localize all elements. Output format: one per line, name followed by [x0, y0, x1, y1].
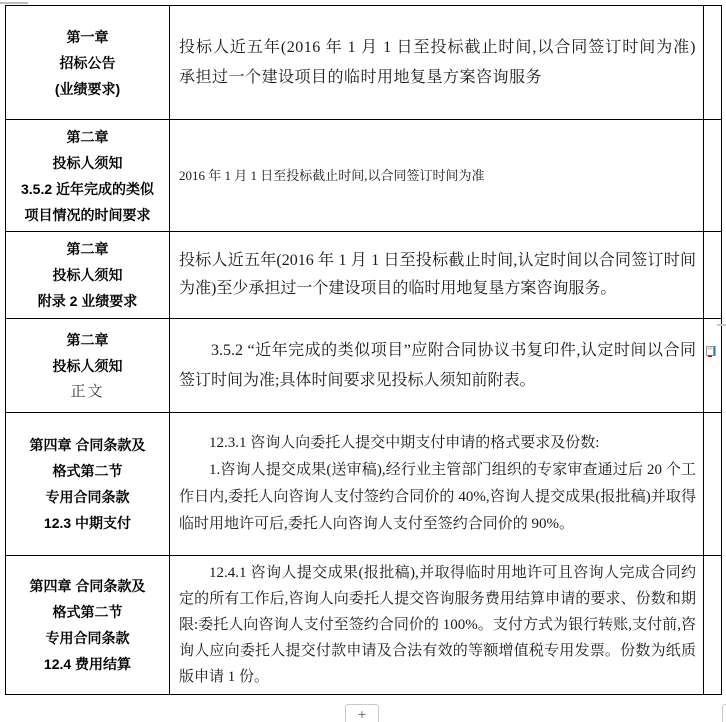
content-cell[interactable]: 3.5.2 “近年完成的类似项目”应附合同协议书复印件,认定时间以合同签订时间为… [170, 319, 704, 413]
content-paragraph: 投标人近五年(2016 年 1 月 1 日至投标截止时间,认定时间以合同签订时间… [179, 247, 696, 303]
edge-cell [704, 232, 721, 319]
section-line: 附录 2 业绩要求 [38, 288, 138, 314]
section-cell[interactable]: 第二章投标人须知附录 2 业绩要求 [6, 232, 170, 319]
section-line: 格式第二节 [53, 599, 123, 625]
section-line: 第一章 [67, 24, 109, 50]
section-line: 第四章 合同条款及 [30, 573, 146, 599]
section-line: 格式第二节 [53, 458, 123, 484]
content-paragraph: 1.咨询人提交成果(送审稿),经行业主管部门组织的专家审查通过后 20 个工作日… [179, 457, 696, 538]
section-line: 项目情况的时间要求 [25, 202, 151, 228]
insert-row-button[interactable]: + [345, 704, 379, 722]
corner-button-fragment[interactable] [722, 704, 726, 722]
edge-cell [704, 413, 721, 556]
edge-cell [704, 319, 721, 413]
section-line: 第二章 [67, 236, 109, 262]
content-paragraph: 3.5.2 “近年完成的类似项目”应附合同协议书复印件,认定时间以合同签订时间为… [179, 336, 696, 396]
content-cell[interactable]: 投标人近五年(2016 年 1 月 1 日至投标截止时间,认定时间以合同签订时间… [170, 232, 704, 319]
section-line: 12.4 费用结算 [44, 651, 131, 677]
content-cell[interactable]: 12.3.1 咨询人向委托人提交中期支付申请的格式要求及份数:1.咨询人提交成果… [170, 413, 704, 556]
content-paragraph: 12.3.1 咨询人向委托人提交中期支付申请的格式要求及份数: [179, 430, 696, 457]
section-cell[interactable]: 第二章投标人须知正文 [6, 319, 170, 413]
section-cell[interactable]: 第一章招标公告(业绩要求) [6, 6, 170, 120]
page-top-edge-line [0, 2, 28, 4]
section-cell[interactable]: 第四章 合同条款及格式第二节专用合同条款12.4 费用结算 [6, 556, 170, 694]
document-page: 第一章招标公告(业绩要求)投标人近五年(2016 年 1 月 1 日至投标截止时… [0, 0, 726, 722]
content-paragraph: 12.4.1 咨询人提交成果(报批稿),并取得临时用地许可且咨询人完成合同约定的… [179, 560, 696, 690]
edge-cell [704, 120, 721, 232]
section-line: 专用合同条款 [46, 484, 130, 510]
content-paragraph: 投标人近五年(2016 年 1 月 1 日至投标截止时间,以合同签订时间为准)承… [179, 33, 696, 93]
section-line: 正文 [70, 379, 104, 405]
section-cell[interactable]: 第四章 合同条款及格式第二节专用合同条款12.3 中期支付 [6, 413, 170, 556]
comparison-table: 第一章招标公告(业绩要求)投标人近五年(2016 年 1 月 1 日至投标截止时… [5, 5, 722, 695]
edge-cell [704, 556, 721, 694]
section-line: 投标人须知 [53, 353, 123, 379]
section-line: 招标公告 [60, 50, 116, 76]
section-line: 第二章 [67, 124, 109, 150]
content-paragraph: 2016 年 1 月 1 日至投标截止时间,以合同签订时间为准 [179, 167, 696, 185]
section-line: 第四章 合同条款及 [30, 432, 146, 458]
section-line: 第二章 [67, 327, 109, 353]
section-cell[interactable]: 第二章投标人须知3.5.2 近年完成的类似项目情况的时间要求 [6, 120, 170, 232]
content-cell[interactable]: 12.4.1 咨询人提交成果(报批稿),并取得临时用地许可且咨询人完成合同约定的… [170, 556, 704, 694]
content-cell[interactable]: 投标人近五年(2016 年 1 月 1 日至投标截止时间,以合同签订时间为准)承… [170, 6, 704, 120]
section-line: 12.3 中期支付 [44, 510, 131, 536]
section-line: 专用合同条款 [46, 625, 130, 651]
section-line: 投标人须知 [53, 262, 123, 288]
section-line: (业绩要求) [55, 76, 120, 102]
edge-cell [704, 6, 721, 120]
edge-marker-dash [717, 324, 726, 326]
section-line: 投标人须知 [53, 150, 123, 176]
embedded-object-icon[interactable] [706, 343, 716, 358]
content-cell[interactable]: 2016 年 1 月 1 日至投标截止时间,以合同签订时间为准 [170, 120, 704, 232]
section-line: 3.5.2 近年完成的类似 [21, 176, 154, 202]
